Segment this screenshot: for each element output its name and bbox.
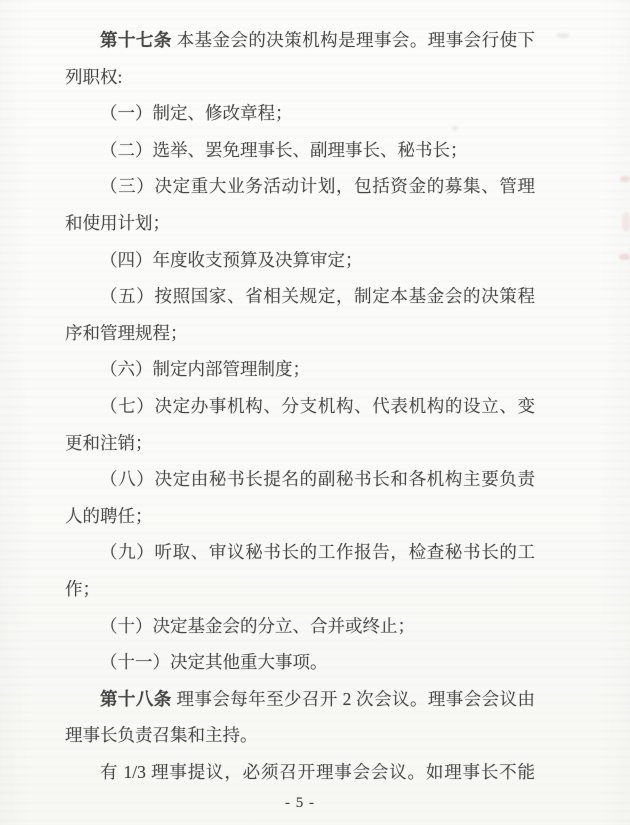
text-line: （八）决定由秘书长提名的副秘书长和各机构主要负责 xyxy=(65,461,535,498)
scan-speck xyxy=(620,176,630,182)
line-text: 理事长负责召集和主持。 xyxy=(65,725,258,745)
line-text: 本基金会的决策机构是理事会。理事会行使下 xyxy=(172,30,535,50)
text-line: 第十八条 理事会每年至少召开 2 次会议。理事会会议由 xyxy=(65,681,535,718)
text-line: 更和注销； xyxy=(65,425,535,462)
text-line: 作； xyxy=(65,571,535,608)
line-text: 列职权: xyxy=(65,67,122,87)
text-line: （二）选举、罢免理事长、副理事长、秘书长； xyxy=(65,132,535,169)
text-line: 理事长负责召集和主持。 xyxy=(65,717,535,754)
line-text: （八）决定由秘书长提名的副秘书长和各机构主要负责 xyxy=(100,469,535,489)
text-line: 第十七条 本基金会的决策机构是理事会。理事会行使下 xyxy=(65,22,535,59)
line-text: 人的聘任； xyxy=(65,506,153,526)
line-text: （三）决定重大业务活动计划，包括资金的募集、管理 xyxy=(100,176,535,196)
line-text: 作； xyxy=(65,579,100,599)
scan-speck xyxy=(556,33,570,38)
line-text: （九）听取、审议秘书长的工作报告，检查秘书长的工 xyxy=(100,542,535,562)
text-line: （五）按照国家、省相关规定，制定本基金会的决策程 xyxy=(65,278,535,315)
article-number: 第十七条 xyxy=(100,30,172,50)
text-line: （十一）决定其他重大事项。 xyxy=(65,644,535,681)
text-line: 序和管理规程； xyxy=(65,315,535,352)
line-text: （五）按照国家、省相关规定，制定本基金会的决策程 xyxy=(100,286,535,306)
line-text: 更和注销； xyxy=(65,433,153,453)
page-number: - 5 - xyxy=(285,795,315,811)
text-lines: 第十七条 本基金会的决策机构是理事会。理事会行使下列职权:（一）制定、修改章程；… xyxy=(65,22,535,790)
line-text: 序和管理规程； xyxy=(65,323,188,343)
line-text: （一）制定、修改章程； xyxy=(100,103,293,123)
text-line: （六）制定内部管理制度； xyxy=(65,351,535,388)
document-page: 第十七条 本基金会的决策机构是理事会。理事会行使下列职权:（一）制定、修改章程；… xyxy=(0,0,630,825)
page-footer: - 5 - xyxy=(65,792,535,814)
text-line: 人的聘任； xyxy=(65,498,535,535)
line-text: 理事会每年至少召开 2 次会议。理事会会议由 xyxy=(172,689,535,709)
text-line: （一）制定、修改章程； xyxy=(65,95,535,132)
text-line: （四）年度收支预算及决算审定； xyxy=(65,242,535,279)
line-text: 和使用计划； xyxy=(65,213,170,233)
text-line: 和使用计划； xyxy=(65,205,535,242)
line-text: （七）决定办事机构、分支机构、代表机构的设立、变 xyxy=(100,396,535,416)
line-text: （十一）决定其他重大事项。 xyxy=(100,652,328,672)
line-text: （二）选举、罢免理事长、副理事长、秘书长； xyxy=(100,140,468,160)
line-text: （四）年度收支预算及决算审定； xyxy=(100,250,363,270)
text-line: 列职权: xyxy=(65,59,535,96)
article-number: 第十八条 xyxy=(100,689,172,709)
line-text: （十）决定基金会的分立、合并或终止； xyxy=(100,616,415,636)
scan-speck xyxy=(622,212,630,232)
text-line: （九）听取、审议秘书长的工作报告，检查秘书长的工 xyxy=(65,534,535,571)
text-line: （七）决定办事机构、分支机构、代表机构的设立、变 xyxy=(65,388,535,425)
scan-speck xyxy=(619,254,630,260)
line-text: 有 1/3 理事提议，必须召开理事会会议。如理事长不能 xyxy=(100,762,535,782)
text-line: （十）决定基金会的分立、合并或终止； xyxy=(65,608,535,645)
text-line: 有 1/3 理事提议，必须召开理事会会议。如理事长不能 xyxy=(65,754,535,791)
text-line: （三）决定重大业务活动计划，包括资金的募集、管理 xyxy=(65,168,535,205)
line-text: （六）制定内部管理制度； xyxy=(100,359,310,379)
